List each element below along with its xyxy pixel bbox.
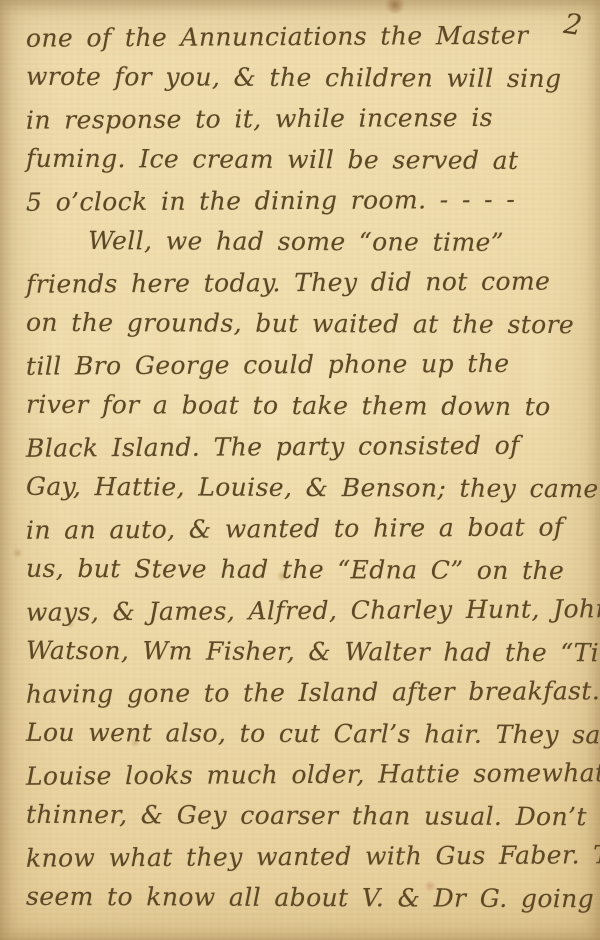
handwritten-line: on the grounds, but waited at the store — [26, 302, 586, 345]
handwritten-line: know what they wanted with Gus Faber. Th… — [26, 834, 586, 878]
handwritten-line: us, but Steve had the “Edna C” on the — [26, 548, 586, 591]
handwritten-line: fuming. Ice cream will be served at — [26, 138, 586, 181]
handwritten-line: friends here today. They did not come — [26, 260, 586, 304]
handwritten-line: river for a boat to take them down to — [26, 384, 586, 427]
handwritten-line: Black Island. The party consisted of — [26, 424, 586, 468]
handwritten-line: Louise looks much older, Hattie somewhat — [26, 752, 586, 796]
stain-spot — [12, 548, 23, 558]
handwritten-line: ways, & James, Alfred, Charley Hunt, Joh… — [26, 588, 586, 632]
handwritten-line: Watson, Wm Fisher, & Walter had the “Tib… — [26, 630, 586, 673]
handwritten-line: till Bro George could phone up the — [26, 342, 586, 386]
handwritten-line: in an auto, & wanted to hire a boat of — [26, 506, 586, 550]
handwritten-line: Gay, Hattie, Louise, & Benson; they came — [26, 466, 586, 509]
handwritten-line: Well, we had some “one time” — [26, 220, 586, 263]
letter-page: 2 one of the Annunciations the Master wr… — [0, 0, 600, 940]
stain-spot — [384, 0, 406, 14]
handwritten-line: Lou went also, to cut Carl’s hair. They … — [26, 712, 586, 755]
handwritten-line: having gone to the Island after breakfas… — [26, 670, 586, 714]
handwritten-line: thinner, & Gey coarser than usual. Don’t — [26, 794, 586, 837]
handwritten-text: one of the Annunciations the Master wrot… — [26, 16, 586, 918]
handwritten-line: wrote for you, & the children will sing — [26, 56, 586, 99]
handwritten-line: one of the Annunciations the Master — [26, 14, 586, 58]
handwritten-line: 5 o’clock in the dining room. - - - - — [26, 178, 586, 222]
handwritten-line: seem to know all about V. & Dr G. going … — [26, 876, 586, 919]
handwritten-line: in response to it, while incense is — [26, 96, 586, 140]
